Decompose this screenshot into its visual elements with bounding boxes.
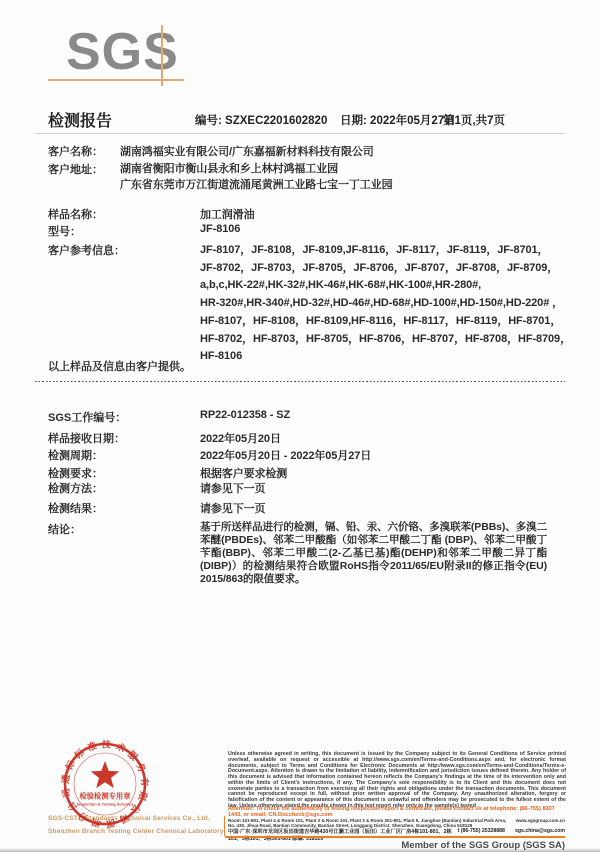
reference-line: HR-320#,HR-340#,HD-32#,HD-46#,HD-68#,HD-…	[200, 295, 571, 313]
stamp-ring-text: 通标标准技术服务有限公司深圳分公司	[59, 738, 150, 829]
job-number-row: SGS工作编号： RP22-012358 - SZ	[48, 409, 290, 425]
model-row: 型号： JF-8106	[48, 223, 240, 239]
report-number: 编号: SZXEC2201602820	[195, 112, 327, 128]
address-row-en: Room 101-801, Plant 4 & Room 101, Plant …	[228, 818, 565, 828]
dotted-divider	[35, 381, 565, 382]
report-number-value: SZXEC2201602820	[225, 115, 327, 127]
test-method-label: 检测方法：	[48, 480, 200, 496]
legal-text: Unless otherwise agreed in writing, this…	[228, 752, 566, 810]
customer-name-label: 客户名称：	[48, 143, 120, 159]
test-method-value: 请参见下一页	[200, 480, 265, 496]
conclusion-row: 结论： 基于所送样品进行的检测，镉、铅、汞、六价铬、多溴联苯(PBBs)、多溴二…	[48, 521, 547, 586]
customer-name-value: 湖南鸿福实业有限公司/广东嘉福新材料科技有限公司	[120, 143, 374, 159]
received-date-row: 样品接收日期： 2022年05月20日	[48, 430, 281, 446]
sample-name-value: 加工润滑油	[200, 206, 255, 222]
svg-text:通标标准技术服务有限公司深圳分公司: 通标标准技术服务有限公司深圳分公司	[59, 738, 150, 829]
test-result-row: 检测结果： 请参见下一页	[48, 500, 265, 516]
logo-vertical-line	[161, 25, 163, 86]
email-text: sgs.china@sgs.com	[515, 828, 565, 834]
stamp-inner-title: 检验检测专用章	[79, 792, 131, 801]
address-vertical-line	[224, 816, 225, 836]
reference-line: HF-8702，HF-8703，HF-8705，HF-8706，HF-8707，…	[200, 331, 571, 349]
report-number-label: 编号:	[195, 115, 222, 127]
test-period-label: 检测周期：	[48, 447, 200, 463]
customer-reference-label: 客户参考信息：	[48, 242, 200, 366]
test-result-value: 请参见下一页	[200, 500, 265, 516]
reference-line: HF-8106	[200, 348, 571, 366]
stamp-inner-subtitle: Inspection & Testing Services	[77, 802, 134, 807]
received-date-value: 2022年05月20日	[200, 430, 281, 446]
test-requirement-value: 根据客户要求检测	[200, 465, 287, 481]
test-requirement-row: 检测要求： 根据客户要求检测	[48, 465, 287, 481]
report-page: SGS 检测报告 编号: SZXEC2201602820 日期: 2022年05…	[0, 0, 600, 852]
sample-name-row: 样品名称： 加工润滑油	[48, 206, 255, 222]
test-period-row: 检测周期： 2022年05月20日 - 2022年05月27日	[48, 447, 371, 463]
page-indicator: 第1页,共7页	[443, 112, 505, 128]
test-method-row: 检测方法： 请参见下一页	[48, 480, 265, 496]
test-requirement-label: 检测要求：	[48, 465, 200, 481]
stamp-star-icon	[91, 761, 120, 788]
customer-address-label: 客户地址：	[48, 161, 120, 193]
phone-text: t (86-755) 25328888	[458, 828, 505, 834]
bottom-scan-edge	[0, 848, 600, 852]
conclusion-text: 基于所送样品进行的检测，镉、铅、汞、六价铬、多溴联苯(PBBs)、多溴二苯醚(P…	[200, 521, 547, 586]
test-result-label: 检测结果：	[48, 500, 200, 516]
report-date: 日期: 2022年05月27日	[340, 112, 456, 128]
customer-reference-row: 客户参考信息： JF-8107，JF-8108，JF-8109,JF-8116，…	[48, 242, 571, 366]
sample-name-label: 样品名称：	[48, 206, 200, 222]
inspection-stamp: 通标标准技术服务有限公司深圳分公司 检验检测专用章 Inspection & T…	[55, 734, 155, 834]
model-label: 型号：	[48, 223, 200, 239]
page-title: 检测报告	[48, 108, 112, 131]
job-number-value: RP22-012358 - SZ	[200, 409, 290, 425]
reference-line: JF-8702，JF-8703，JF-8705，JF-8706，JF-8707，…	[200, 260, 571, 278]
test-period-value: 2022年05月20日 - 2022年05月27日	[200, 447, 371, 463]
reference-line: HF-8107，HF-8108，HF-8109,HF-8116，HF-8117，…	[200, 313, 571, 331]
reference-line: a,b,c,HK-22#,HK-32#,HK-46#,HK-68#,HK-100…	[200, 277, 571, 295]
attention-text: Attention: To check the authenticity of …	[228, 806, 566, 818]
customer-address-row: 客户地址： 湖南省衡阳市衡山县永和乡上林村鸿福工业园 广东省东莞市万江街道流涌尾…	[48, 161, 393, 193]
model-value: JF-8106	[200, 223, 240, 239]
logo-horizontal-line	[48, 79, 184, 81]
website-text: www.sgsgroup.com.cn	[516, 818, 565, 823]
report-date-label: 日期:	[340, 115, 367, 127]
header-divider	[35, 133, 565, 134]
sample-provided-note: 以上样品及信息由客户提供。	[48, 358, 191, 374]
footer-orange-rule	[225, 836, 565, 838]
customer-name-row: 客户名称： 湖南鸿福实业有限公司/广东嘉福新材料科技有限公司	[48, 143, 374, 159]
job-number-label: SGS工作编号：	[48, 409, 200, 425]
reference-line: JF-8107，JF-8108，JF-8109,JF-8116，JF-8117，…	[200, 242, 571, 260]
address-en-text: Room 101-801, Plant 4 & Room 101, Plant …	[228, 818, 516, 828]
conclusion-label: 结论：	[48, 521, 200, 586]
received-date-label: 样品接收日期：	[48, 430, 200, 446]
customer-address-line1: 湖南省衡阳市衡山县永和乡上林村鸿福工业园	[120, 161, 393, 177]
customer-reference-list: JF-8107，JF-8108，JF-8109,JF-8116，JF-8117，…	[200, 242, 571, 366]
customer-address-line2: 广东省东莞市万江街道流涌尾黄洲工业路七宝一丁工业园	[120, 177, 393, 193]
